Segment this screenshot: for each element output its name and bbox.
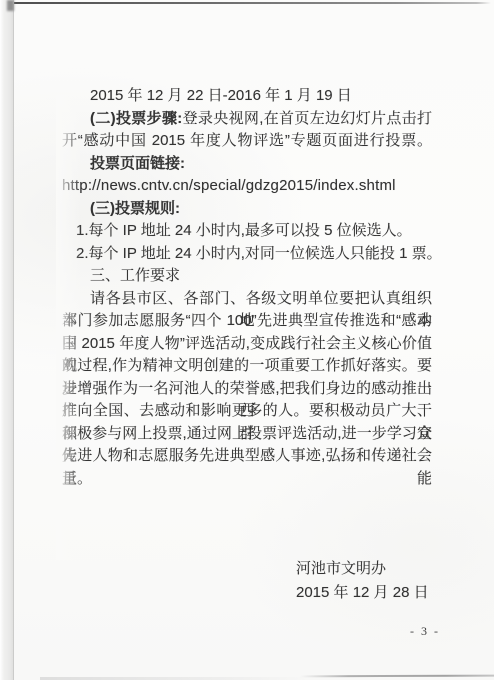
text-line-body-2: 部门参加志愿服务“四个 100”先进典型宣传推选和“感动中	[62, 310, 432, 333]
text-line-rule-2: 2.每个 IP 地址 24 小时内,对同一位候选人只能投 1 票。	[62, 243, 432, 266]
line-text: 登录央视网,在首页左边幻灯片点击打	[182, 110, 432, 127]
bold-segment: (二)投票步骤:	[90, 110, 182, 127]
text-line-rule-1: 1.每个 IP 地址 24 小时内,最多可以投 5 位候选人。	[62, 220, 432, 243]
text-line-work-requirements-heading: 三、工作要求	[62, 265, 432, 288]
signature-block: 河池市文明办 2015 年 12 月 28 日	[296, 557, 429, 604]
paper-page: 2015 年 12 月 22 日-2016 年 1 月 19 日 (二)投票步骤…	[0, 0, 494, 680]
scan-bottom-edge-line	[300, 675, 494, 678]
scan-top-edge-line	[11, 2, 491, 4]
bold-segment: 投票页面链接:	[90, 155, 185, 172]
scan-left-edge-band	[0, 0, 14, 680]
text-line-vote-page-link-label: 投票页面链接:	[62, 153, 432, 176]
line-text: 先进人物和志愿服务先进典型感人事迹,弘扬和传递社会正能	[62, 447, 432, 487]
scan-corner-smudge	[7, 0, 14, 11]
line-text: 1.每个 IP 地址 24 小时内,最多可以投 5 位候选人。	[76, 222, 412, 239]
line-text: 量。	[62, 470, 92, 487]
document-body: 2015 年 12 月 22 日-2016 年 1 月 19 日 (二)投票步骤…	[62, 85, 432, 490]
scanned-document-screenshot: { "colors": { "paper": "#fbfbfa", "ink":…	[0, 0, 494, 680]
signature-org: 河池市文明办	[296, 557, 429, 581]
text-line-body-4: 的过程,作为精神文明创建的一项重要工作抓好落实。要进一	[62, 355, 432, 378]
page-number: - 3 -	[410, 624, 440, 639]
line-text: 三、工作要求	[90, 267, 180, 284]
text-line-voting-steps-cont: 开“感动中国 2015 年度人物评选”专题页面进行投票。	[62, 130, 432, 153]
line-text: http://news.cntv.cn/special/gdzg2015/ind…	[62, 177, 396, 194]
text-line-body-6: 推向全国、去感动和影响更多的人。要积极动员广大干部群众	[62, 400, 432, 423]
text-line-body-7: 积极参与网上投票,通过网上投票评选活动,进一步学习宣传	[62, 423, 432, 446]
text-line-body-8: 先进人物和志愿服务先进典型感人事迹,弘扬和传递社会正能	[62, 445, 432, 468]
text-line-body-5: 步增强作为一名河池人的荣誉感,把我们身边的感动推出广西、	[62, 378, 432, 401]
text-line-voting-steps-heading: (二)投票步骤:登录央视网,在首页左边幻灯片点击打	[62, 108, 432, 131]
text-line-voting-rules-heading: (三)投票规则:	[62, 198, 432, 221]
text-line-body-1: 请各县市区、各部门、各级文明单位要把认真组织本地本	[62, 288, 432, 311]
text-line-voting-period: 2015 年 12 月 22 日-2016 年 1 月 19 日	[62, 85, 432, 108]
line-text: 开“感动中国 2015 年度人物评选”专题页面进行投票。	[62, 132, 432, 149]
text-line-vote-url: http://news.cntv.cn/special/gdzg2015/ind…	[62, 175, 432, 198]
text-line-body-3: 国 2015 年度人物”评选活动,变成践行社会主义核心价值观	[62, 333, 432, 356]
bold-segment: (三)投票规则:	[90, 200, 180, 217]
line-text: 2015 年 12 月 22 日-2016 年 1 月 19 日	[90, 87, 352, 104]
signature-date: 2015 年 12 月 28 日	[296, 581, 429, 605]
line-text: 2.每个 IP 地址 24 小时内,对同一位候选人只能投 1 票。	[76, 245, 442, 262]
